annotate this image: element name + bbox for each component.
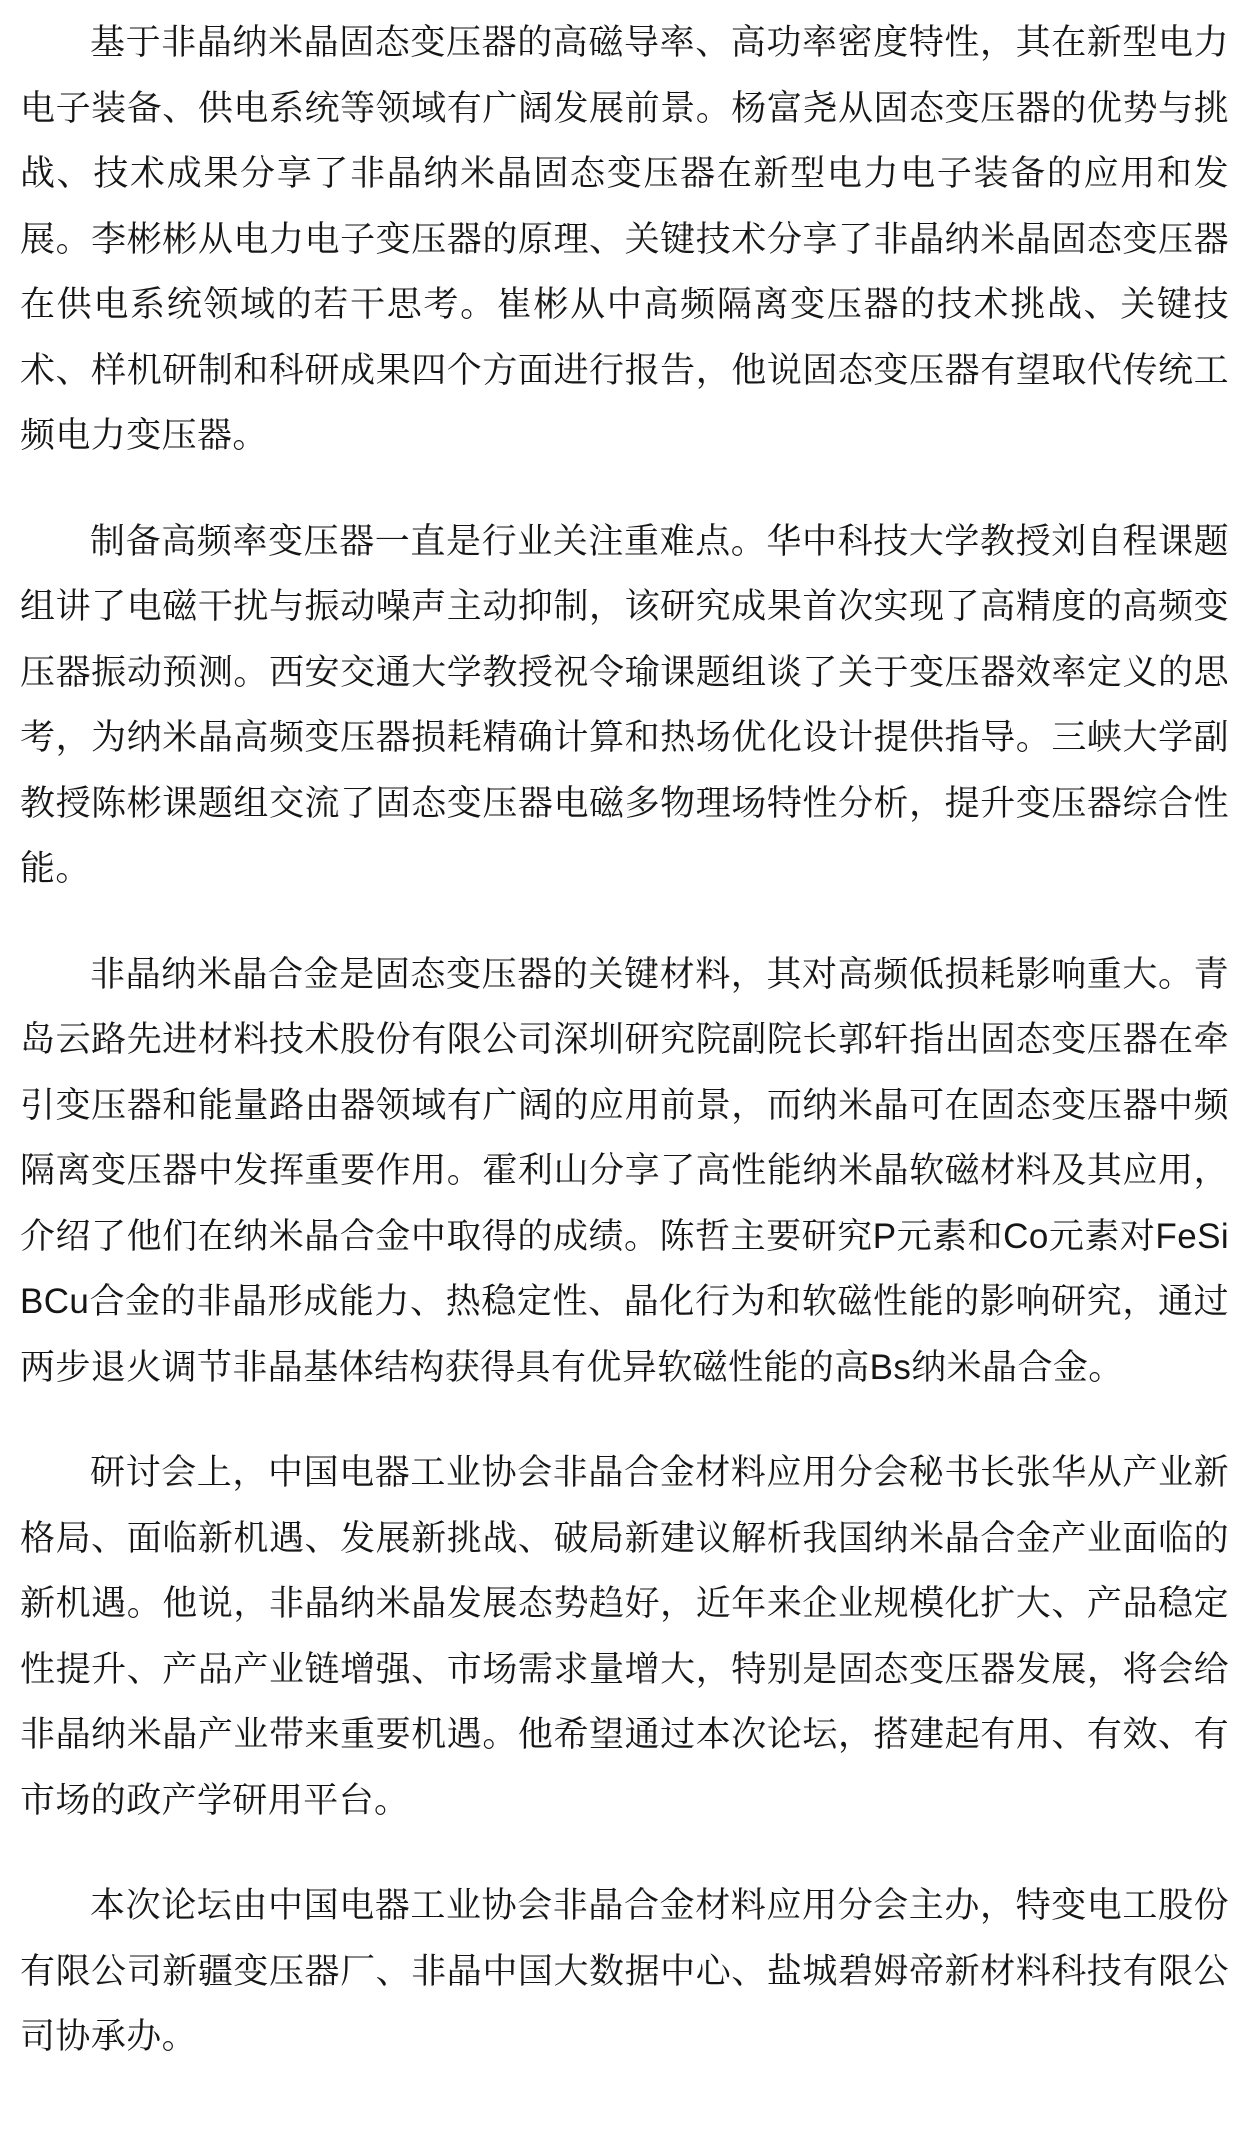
paragraph-high-frequency-transformer-research: 制备高频率变压器一直是行业关注重难点。华中科技大学教授刘自程课题组讲了电磁干扰与… [20, 509, 1229, 902]
paragraph-nanocrystalline-alloy-materials: 非晶纳米晶合金是固态变压器的关键材料，其对高频低损耗影响重大。青岛云路先进材料技… [20, 942, 1229, 1401]
paragraph-solid-state-transformer-overview: 基于非晶纳米晶固态变压器的高磁导率、高功率密度特性，其在新型电力电子装备、供电系… [20, 10, 1229, 469]
paragraph-industry-outlook-zhang-hua: 研讨会上，中国电器工业协会非晶合金材料应用分会秘书长张华从产业新格局、面临新机遇… [20, 1440, 1229, 1833]
paragraph-forum-organizers: 本次论坛由中国电器工业协会非晶合金材料应用分会主办，特变电工股份有限公司新疆变压… [20, 1873, 1229, 2070]
article-body: 基于非晶纳米晶固态变压器的高磁导率、高功率密度特性，其在新型电力电子装备、供电系… [0, 0, 1249, 2070]
